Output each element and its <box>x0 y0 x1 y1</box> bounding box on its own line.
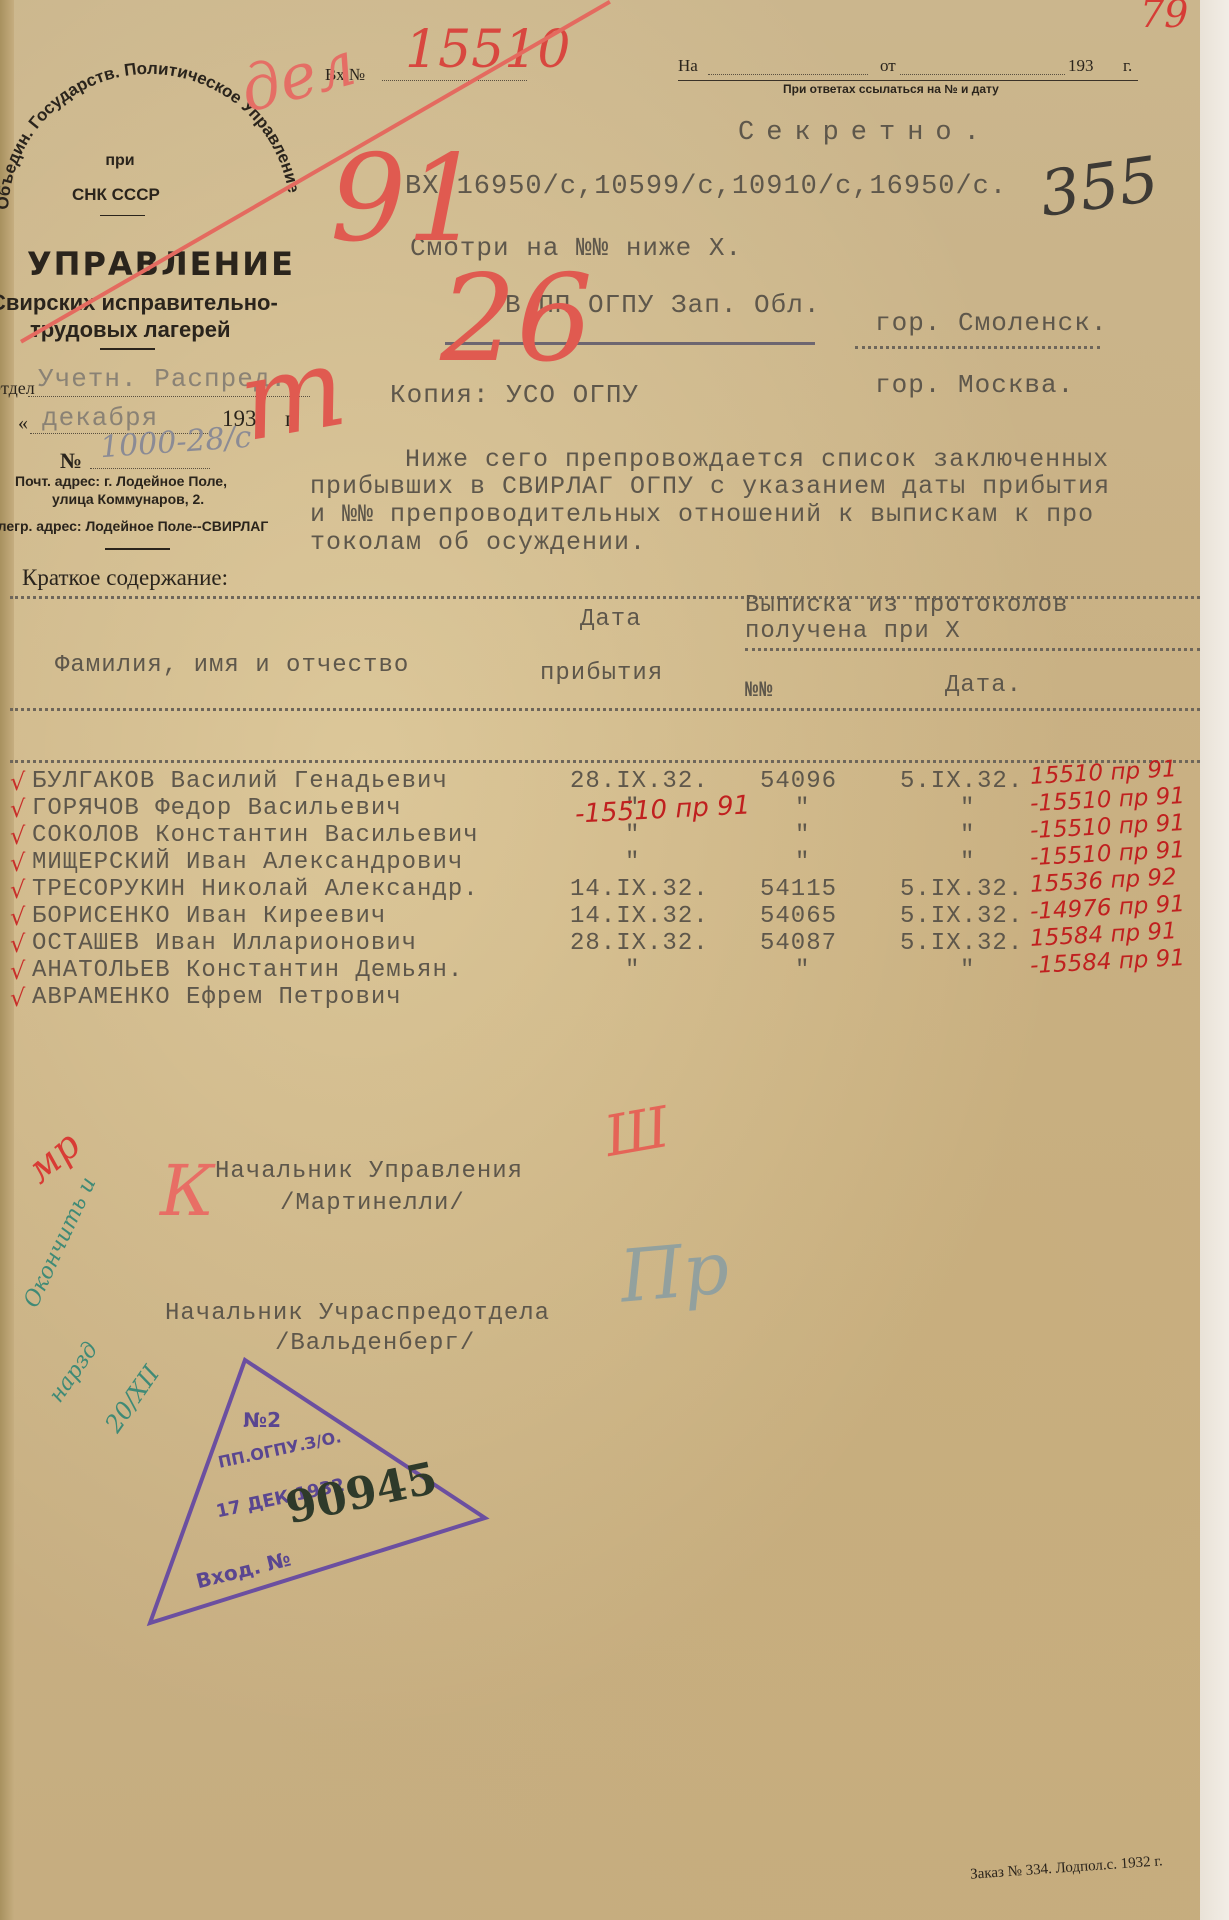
column-header-name: Фамилия, имя и отчество <box>55 652 409 679</box>
reply-to-field <box>708 56 868 75</box>
chief-name: /Мартинелли/ <box>280 1190 465 1217</box>
incoming-references: ВХ.16950/с,10599/с,10910/с,16950/с. <box>405 172 1007 202</box>
column-header-extract-number: №№ <box>745 678 773 703</box>
table-row-arrival: 14.IX.32. <box>570 876 709 903</box>
checkmark-icon: √ <box>10 903 25 931</box>
column-header-extract-1: Выписка из протоколов <box>745 592 1068 619</box>
page-number-handwritten: 79 <box>1140 0 1188 36</box>
recipient-city: гор. Смоленск. <box>875 308 1107 338</box>
reply-underline <box>678 80 1138 81</box>
table-row-arrival: 28.IX.32. <box>570 768 709 795</box>
column-header-extract-date: Дата. <box>945 672 1022 699</box>
handwritten-m: m <box>230 322 355 466</box>
table-row-extract-number: 54115 <box>760 876 837 903</box>
table-row-extract-date: " <box>960 957 975 984</box>
table-row-arrival: 28.IX.32. <box>570 930 709 957</box>
checkmark-icon: √ <box>10 795 25 823</box>
incoming-stamp: №2 ПП.ОГПУ.З/О. 17 ДЕК 1932 90945 Вход. … <box>145 1348 505 1628</box>
reply-year: 193 <box>1068 56 1094 76</box>
table-row-name: АНАТОЛЬЕВ Константин Демьян. <box>32 957 463 984</box>
dept-chief-signature: Пр <box>617 1225 733 1318</box>
header-bottom-rule-2 <box>10 760 1200 763</box>
body-line-2: прибывших в СВИРЛАГ ОГПУ с указанием дат… <box>310 472 1110 501</box>
postal-address-1: Почт. адрес: г. Лодейное Поле, <box>15 473 227 489</box>
table-row-name: БУЛГАКОВ Василий Генадьевич <box>32 768 448 795</box>
reply-note: При ответах ссылаться на № и дату <box>783 82 999 96</box>
chief-title: Начальник Управления <box>215 1158 523 1185</box>
summary-label: Краткое содержание: <box>22 565 228 591</box>
table-row-extract-number: " <box>795 849 810 876</box>
column-header-extract-2: получена при Х <box>745 618 961 645</box>
background-strip <box>1200 0 1229 1920</box>
reply-year-suffix: г. <box>1123 56 1132 76</box>
checkmark-icon: √ <box>10 822 25 850</box>
checkmark-icon: √ <box>10 876 25 904</box>
handwritten-26: 26 <box>440 250 593 389</box>
table-row-extract-date: 5.IX.32. <box>900 768 1023 795</box>
table-row-extract-number: " <box>795 795 810 822</box>
ornament-divider <box>105 548 170 550</box>
postal-address-2: улица Коммунаров, 2. <box>52 491 204 507</box>
typed-divider <box>855 346 1100 349</box>
table-row-name: БОРИСЕНКО Иван Киреевич <box>32 903 386 930</box>
chief-signature: Ш <box>600 1095 674 1170</box>
from-field <box>900 56 1065 75</box>
table-row-arrival: " <box>625 957 640 984</box>
table-row-extract-number: 54065 <box>760 903 837 930</box>
checkmark-icon: √ <box>10 930 25 958</box>
table-row-extract-date: " <box>960 795 975 822</box>
dept-chief-title: Начальник Учраспредотдела <box>165 1300 550 1327</box>
table-row-extract-date: 5.IX.32. <box>900 876 1023 903</box>
table-row-name: АВРАМЕНКО Ефрем Петрович <box>32 984 402 1011</box>
letterhead-title: УПРАВЛЕНИЕ <box>27 245 295 283</box>
table-row-name: ТРЕСОРУКИН Николай Александр. <box>32 876 479 903</box>
extract-subheader-rule <box>745 648 1200 651</box>
letterhead-pri: при <box>100 152 140 170</box>
body-line-4: токолам об осуждении. <box>310 528 646 557</box>
from-label: от <box>880 56 896 76</box>
letterhead-snk: СНК СССР <box>72 185 160 205</box>
table-row-extract-date: 5.IX.32. <box>900 903 1023 930</box>
letterhead-subtitle-1: Свирских исправительно- <box>0 290 278 316</box>
checkmark-icon: √ <box>10 984 25 1012</box>
table-row-extract-date: " <box>960 822 975 849</box>
secret-classification: Секретно. <box>738 118 992 148</box>
table-row-arrival: " <box>625 849 640 876</box>
table-row-name: МИЩЕРСКИЙ Иван Александрович <box>32 849 463 876</box>
stamp-line-1: №2 <box>243 1408 281 1432</box>
reply-to-label: На <box>678 56 698 76</box>
date-prefix: « <box>18 412 28 435</box>
checkmark-icon: √ <box>10 768 25 796</box>
handwritten-k: К <box>160 1150 214 1232</box>
telegraph-address: Телегр. адрес: Лодейное Поле--СВИРЛАГ <box>0 518 268 534</box>
header-bottom-rule <box>10 708 1200 711</box>
table-row-extract-date: " <box>960 849 975 876</box>
body-line-1: Ниже сего препровождается список заключе… <box>405 445 1109 474</box>
table-row-extract-number: " <box>795 822 810 849</box>
divider <box>100 215 145 216</box>
table-row-extract-number: 54087 <box>760 930 837 957</box>
table-row-name: ОСТАШЕВ Иван Илларионович <box>32 930 417 957</box>
table-row-extract-number: " <box>795 957 810 984</box>
column-header-arrival-1: Дата <box>580 606 642 633</box>
number-label: № <box>60 448 82 474</box>
table-row-arrival: 14.IX.32. <box>570 903 709 930</box>
table-row-extract-date: 5.IX.32. <box>900 930 1023 957</box>
copy-city: гор. Москва. <box>875 370 1074 400</box>
table-row-extract-number: 54096 <box>760 768 837 795</box>
table-row-name: ГОРЯЧОВ Федор Васильевич <box>32 795 402 822</box>
divider <box>100 348 155 350</box>
column-header-arrival-2: прибытия <box>540 660 663 687</box>
body-line-3: и №№ препроводительных отношений к выпис… <box>310 500 1094 529</box>
table-row-name: СОКОЛОВ Константин Васильевич <box>32 822 479 849</box>
checkmark-icon: √ <box>10 849 25 877</box>
checkmark-icon: √ <box>10 957 25 985</box>
